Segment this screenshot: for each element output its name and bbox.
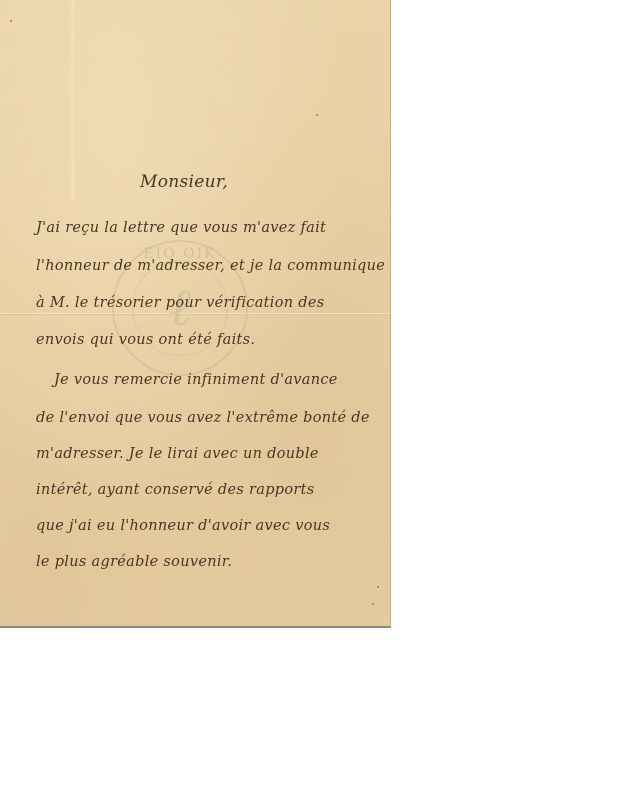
- letter-line: J'ai reçu la lettre que vous m'avez fait: [36, 220, 326, 236]
- letter-line: intérêt, ayant conservé des rapports: [36, 482, 315, 498]
- letter-line: à M. le trésorier pour vérification des: [36, 295, 325, 311]
- letter-line: le plus agréable souvenir.: [36, 554, 232, 570]
- salutation: Monsieur,: [140, 172, 228, 192]
- letter-line: que j'ai eu l'honneur d'avoir avec vous: [36, 518, 330, 534]
- paper-crease: [70, 0, 76, 200]
- letter-line: l'honneur de m'adresser, et je la commun…: [36, 258, 385, 274]
- paper-speck: [316, 114, 318, 116]
- letter-line: de l'envoi que vous avez l'extrême bonté…: [36, 410, 370, 426]
- paper-speck: [377, 586, 379, 588]
- paper-speck: [372, 603, 374, 605]
- letter-line: envois qui vous ont été faits.: [36, 332, 255, 348]
- paper-speck: [10, 20, 12, 22]
- letter-line: m'adresser. Je le lirai avec un double: [36, 446, 319, 462]
- document-viewer: ΕΙΟ ΟΙΚ ℓ Monsieur, J'ai reçu la lettre …: [0, 0, 618, 800]
- letter-page: ΕΙΟ ΟΙΚ ℓ Monsieur, J'ai reçu la lettre …: [0, 0, 391, 628]
- letter-line: Je vous remercie infiniment d'avance: [54, 372, 338, 388]
